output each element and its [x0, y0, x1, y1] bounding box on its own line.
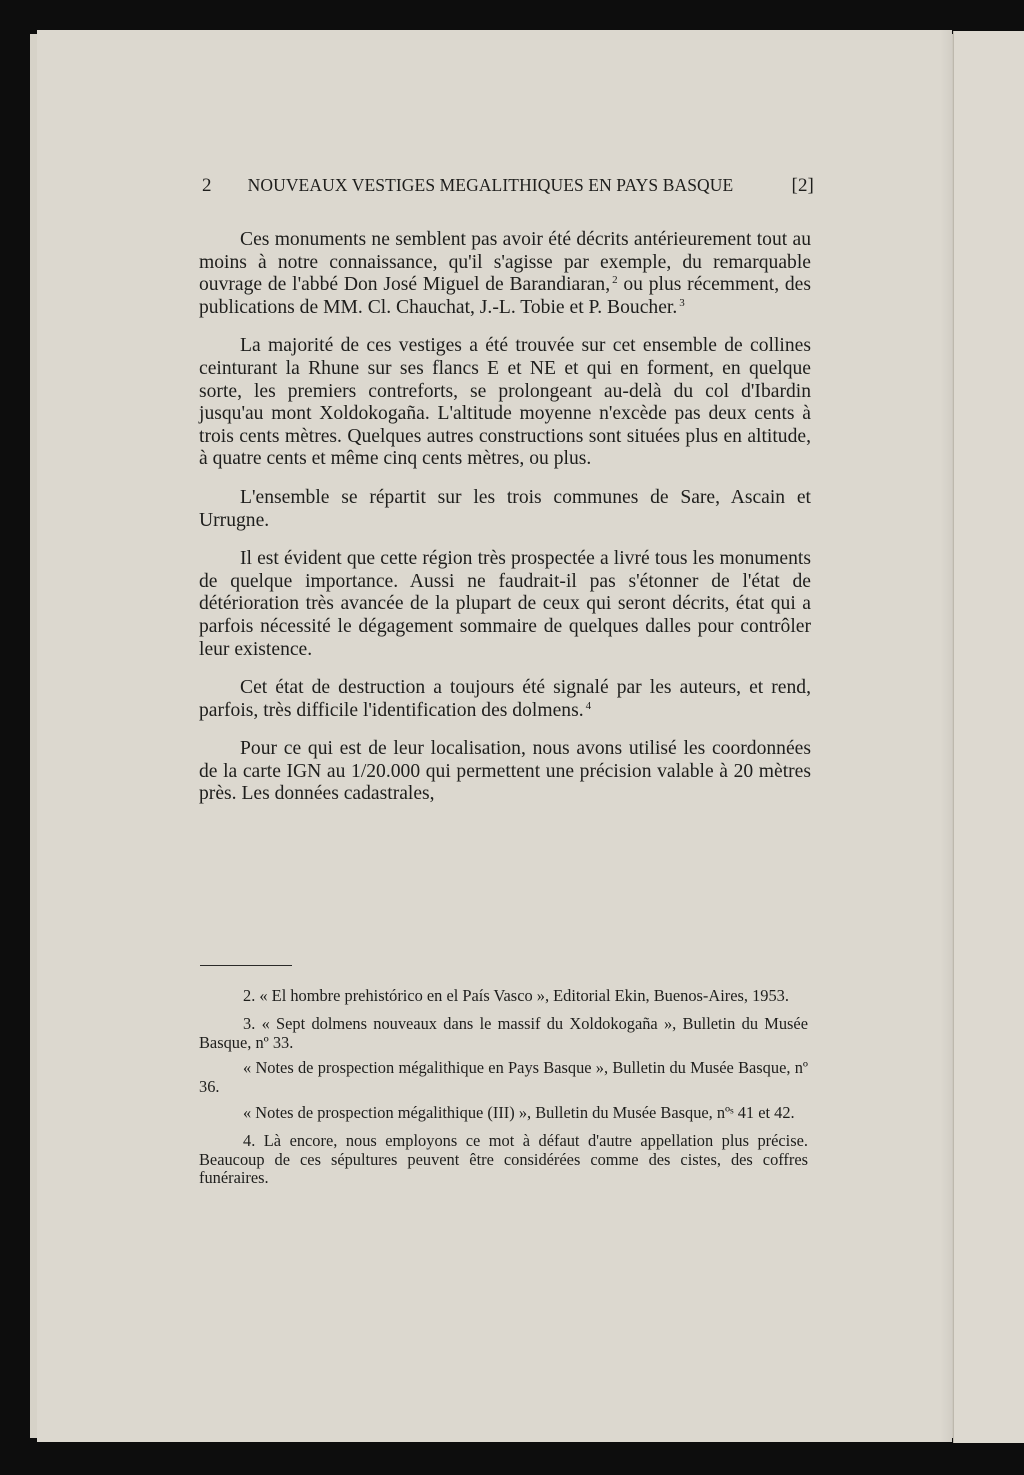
footnote-3-cont-2: « Notes de prospection mégalithique (III… [199, 1104, 808, 1123]
running-head: 2 NOUVEAUX VESTIGES MEGALITHIQUES EN PAY… [202, 175, 814, 197]
page-number: 2 [202, 175, 212, 197]
footnote-ref-3[interactable]: 3 [679, 297, 685, 309]
footnote-2: 2. « El hombre prehistórico en el País V… [199, 987, 808, 1006]
paragraph-2: La majorité de ces vestiges a été trouvé… [199, 335, 811, 471]
page-number-bracketed: [2] [792, 175, 814, 197]
paragraph-6: Pour ce qui est de leur localisation, no… [199, 738, 811, 806]
running-title: NOUVEAUX VESTIGES MEGALITHIQUES EN PAYS … [248, 175, 792, 196]
paragraph-1: Ces monuments ne semblent pas avoir été … [199, 229, 811, 319]
footnotes: 2. « El hombre prehistórico en el País V… [199, 987, 808, 1197]
footnote-4: 4. Là encore, nous employons ce mot à dé… [199, 1132, 808, 1188]
paragraph-3: L'ensemble se répartit sur les trois com… [199, 487, 811, 532]
paragraph-4: Il est évident que cette région très pro… [199, 548, 811, 661]
facing-page-edge [953, 31, 1024, 1443]
body-text: Ces monuments ne semblent pas avoir été … [199, 229, 811, 822]
footnote-3-cont-1: « Notes de prospection mégalithique en P… [199, 1059, 808, 1097]
paragraph-5: Cet état de destruction a toujours été s… [199, 677, 811, 722]
gutter-shadow [940, 30, 953, 1442]
footnote-3: 3. « Sept dolmens nouveaux dans le massi… [199, 1015, 808, 1053]
footnote-divider [200, 965, 292, 966]
footnote-ref-4[interactable]: 4 [586, 700, 592, 712]
